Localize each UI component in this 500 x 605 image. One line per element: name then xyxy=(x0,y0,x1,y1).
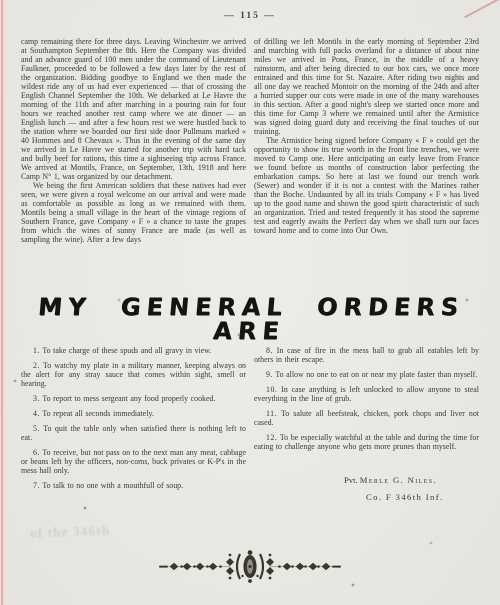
signature-unit-line: Co. F 346th Inf. xyxy=(366,492,444,502)
order-item: 9. To allow no one to eat on or near my … xyxy=(254,370,479,379)
narrative-paragraph: We being the first American soldiers tha… xyxy=(21,181,246,244)
narrative-left-column: camp remaining there for three days. Lea… xyxy=(21,37,246,305)
order-number: 8. xyxy=(266,346,273,355)
ink-bleed-ghost-text: of the 346th xyxy=(30,520,180,541)
order-number: 5. xyxy=(33,424,40,433)
ornament-divider xyxy=(158,549,342,585)
order-number: 9. xyxy=(266,370,273,379)
order-text: To repeat all seconds immediately. xyxy=(42,409,154,418)
narrative-paragraph: of drilling we left Montils in the early… xyxy=(254,37,479,136)
order-number: 12. xyxy=(266,433,277,442)
order-number: 6. xyxy=(33,448,40,457)
order-text: To allow no one to eat on or near my pla… xyxy=(275,370,477,379)
orders-left-column: 1. To take charge of these spuds and all… xyxy=(21,346,246,496)
order-item: 4. To repeat all seconds immediately. xyxy=(21,409,246,418)
order-number: 11. xyxy=(266,409,277,418)
scanned-book-page: — 115 — camp remaining there for three d… xyxy=(0,0,500,605)
order-number: 3. xyxy=(33,394,40,403)
narrative-section: camp remaining there for three days. Lea… xyxy=(21,37,479,305)
order-number: 4. xyxy=(33,409,40,418)
order-item: 7. To talk to no one with a mouthfull of… xyxy=(21,481,246,490)
order-item: 3. To report to mess sergeant any food p… xyxy=(21,394,246,403)
signature-name: Merle G. Niles. xyxy=(360,475,437,485)
order-text: To salute all beefsteak, chicken, pork c… xyxy=(254,409,479,427)
signature-rank: Pvt. xyxy=(344,475,358,485)
narrative-paragraph: The Armistice being signed before Compan… xyxy=(254,136,479,235)
order-item: 11. To salute all beefsteak, chicken, po… xyxy=(254,409,479,427)
order-number: 2. xyxy=(33,361,40,370)
order-item: 2. To watchy my plate in a military mann… xyxy=(21,361,246,388)
order-text: To take charge of these spuds and all gr… xyxy=(42,346,211,355)
general-orders-list: 1. To take charge of these spuds and all… xyxy=(21,346,479,496)
section-heading: MY GENERAL ORDERS ARE xyxy=(0,295,500,343)
order-number: 7. xyxy=(33,481,40,490)
order-text: To be especially watchful at the table a… xyxy=(254,433,479,451)
order-text: In case of fire in the mess hall to grab… xyxy=(254,346,479,364)
narrative-right-column: of drilling we left Montils in the early… xyxy=(254,37,479,305)
narrative-paragraph: camp remaining there for three days. Lea… xyxy=(21,37,246,181)
order-text: In case anything is left unlocked to all… xyxy=(254,385,479,403)
order-item: 6. To receive, but not pass on to the ne… xyxy=(21,448,246,475)
order-text: To report to mess sergeant any food prop… xyxy=(42,394,215,403)
order-item: 12. To be especially watchful at the tab… xyxy=(254,433,479,451)
order-item: 10. In case anything is left unlocked to… xyxy=(254,385,479,403)
order-number: 1. xyxy=(33,346,40,355)
order-text: To quit the table only when satisfied th… xyxy=(21,424,246,442)
order-item: 8. In case of fire in the mess hall to g… xyxy=(254,346,479,364)
order-number: 10. xyxy=(266,385,277,394)
page-number: — 115 — xyxy=(0,11,500,21)
order-item: 1. To take charge of these spuds and all… xyxy=(21,346,246,355)
orders-right-column: 8. In case of fire in the mess hall to g… xyxy=(254,346,479,496)
signature-name-line: Pvt. Merle G. Niles. xyxy=(344,475,437,485)
order-text: To talk to no one with a mouthfull of so… xyxy=(42,481,183,490)
order-item: 5. To quit the table only when satisfied… xyxy=(21,424,246,442)
order-text: To receive, but not pass on to the next … xyxy=(21,448,246,475)
order-text: To watchy my plate in a military manner,… xyxy=(21,361,246,388)
